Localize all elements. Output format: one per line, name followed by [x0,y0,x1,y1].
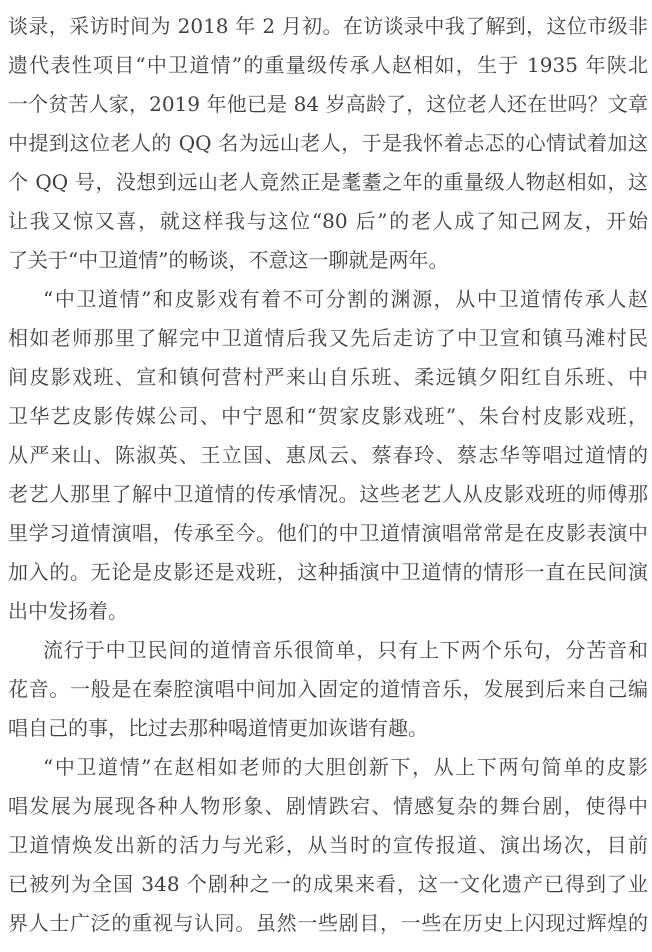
text-line: 了关于“中卫道情”的畅谈，不意这一聊就是两年。 [8,241,648,280]
text-line: 间皮影戏班、宣和镇何营村严来山自乐班、柔远镇夕阳红自乐班、中 [8,358,648,397]
text-line: 出中发扬着。 [8,592,648,631]
text-line: 里学习道情演唱，传承至今。他们的中卫道情演唱常常是在皮影表演中 [8,514,648,553]
paragraph-1: 谈录，采访时间为 2018 年 2 月初。在访谈录中我了解到，这位市级非 遗代表… [8,7,648,280]
document-page: 谈录，采访时间为 2018 年 2 月初。在访谈录中我了解到，这位市级非 遗代表… [0,0,652,952]
text-line: 从严来山、陈淑英、王立国、惠凤云、蔡春玲、蔡志华等唱过道情的 [8,436,648,475]
text-line: 个 QQ 号，没想到远山老人竟然正是耄耋之年的重量级人物赵相如，这 [8,163,648,202]
text-line: 中提到这位老人的 QQ 名为远山老人，于是我怀着忐忑的心情试着加这 [8,124,648,163]
text-line: 让我又惊又喜，就这样我与这位“80 后”的老人成了知己网友，开始 [8,202,648,241]
text-line: 流行于中卫民间的道情音乐很简单，只有上下两个乐句，分苦音和 [8,631,648,670]
text-line: 花音。一般是在秦腔演唱中间加入固定的道情音乐，发展到后来自己编 [8,670,648,709]
text-line: “中卫道情”在赵相如老师的大胆创新下，从上下两句简单的皮影 [8,748,648,787]
paragraph-2: “中卫道情”和皮影戏有着不可分割的渊源，从中卫道情传承人赵 相如老师那里了解完中… [8,280,648,631]
text-line: 一个贫苦人家，2019 年他已是 84 岁高龄了，这位老人还在世吗？文章 [8,85,648,124]
text-line: 谈录，采访时间为 2018 年 2 月初。在访谈录中我了解到，这位市级非 [8,7,648,46]
text-line: 界人士广泛的重视与认同。虽然一些剧目，一些在历史上闪现过辉煌的 [8,904,648,943]
text-line: 唱自己的事，比过去那种喝道情更加诙谐有趣。 [8,709,648,748]
paragraph-3: 流行于中卫民间的道情音乐很简单，只有上下两个乐句，分苦音和 花音。一般是在秦腔演… [8,631,648,748]
text-line: 卫华艺皮影传媒公司、中宁恩和“贺家皮影戏班”、朱台村皮影戏班， [8,397,648,436]
paragraph-4: “中卫道情”在赵相如老师的大胆创新下，从上下两句简单的皮影 唱发展为展现各种人物… [8,748,648,943]
text-line: “中卫道情”和皮影戏有着不可分割的渊源，从中卫道情传承人赵 [8,280,648,319]
text-line: 卫道情焕发出新的活力与光彩，从当时的宣传报道、演出场次，目前 [8,826,648,865]
text-line: 相如老师那里了解完中卫道情后我又先后走访了中卫宣和镇马滩村民 [8,319,648,358]
text-line: 加入的。无论是皮影还是戏班，这种插演中卫道情的情形一直在民间演 [8,553,648,592]
text-line: 老艺人那里了解中卫道情的传承情况。这些老艺人从皮影戏班的师傅那 [8,475,648,514]
text-line: 遗代表性项目“中卫道情”的重量级传承人赵相如，生于 1935 年陕北 [8,46,648,85]
text-line: 唱发展为展现各种人物形象、剧情跌宕、情感复杂的舞台剧，使得中 [8,787,648,826]
text-line: 已被列为全国 348 个剧种之一的成果来看，这一文化遗产已得到了业 [8,865,648,904]
